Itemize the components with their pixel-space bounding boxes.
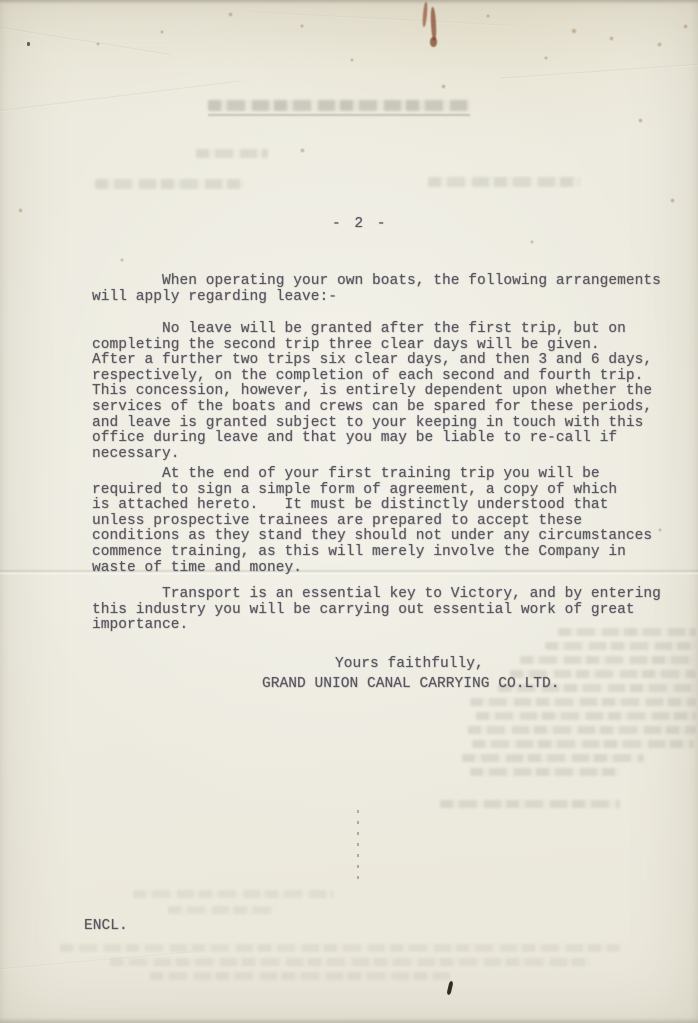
stain-mark (422, 2, 428, 27)
ghost-text-line (168, 906, 276, 914)
foxing-spot (571, 28, 577, 34)
closing-salutation: Yours faithfully, (335, 657, 484, 673)
ghost-text-line (472, 740, 694, 748)
paper-bottom-edge (0, 1018, 698, 1023)
ghost-text-line (440, 800, 620, 808)
paragraph-agreement: At the end of your first training trip y… (92, 467, 652, 576)
foxing-spot (18, 208, 23, 213)
paragraph-leave-terms: No leave will be granted after the first… (92, 322, 652, 462)
foxing-spot (300, 148, 305, 153)
foxing-spot (160, 30, 164, 34)
crease-line (0, 26, 171, 56)
ghost-text-line (133, 890, 333, 898)
foxing-spot (657, 42, 662, 47)
foxing-spot (228, 12, 233, 17)
ghost-text-line (520, 656, 696, 664)
foxing-spot (486, 14, 490, 18)
ghost-text-line (60, 944, 620, 952)
crease-line (0, 81, 239, 113)
foxing-spot (96, 42, 100, 46)
enclosure-notation: ENCL. (84, 919, 128, 935)
ghost-underline (208, 114, 470, 116)
foxing-spot (120, 258, 124, 262)
foxing-spot (544, 56, 548, 60)
paragraph-leave-intro: When operating your own boats, the follo… (92, 274, 661, 305)
foxing-spot (658, 528, 662, 532)
ghost-text-line (468, 726, 696, 734)
paragraph-transport: Transport is an essential key to Victory… (92, 587, 661, 634)
paper-top-edge (0, 0, 698, 4)
ghost-text-line (95, 179, 245, 189)
crease-line (500, 62, 698, 79)
ghost-text-line (208, 100, 470, 111)
stain-mark (430, 37, 437, 47)
foxing-spot (441, 84, 446, 89)
ghost-text-line (196, 149, 268, 158)
closing-company-name: GRAND UNION CANAL CARRYING CO.LTD. (262, 677, 560, 693)
ghost-text-line (545, 642, 696, 650)
foxing-spot (683, 24, 688, 29)
ghost-text-line (428, 177, 580, 187)
ghost-text-line (110, 958, 590, 966)
ghost-text-line (462, 754, 644, 762)
ink-speck (27, 42, 30, 46)
ghost-text-line (470, 768, 620, 776)
foxing-spot (530, 240, 534, 244)
ghost-text-line (150, 972, 450, 980)
foxing-spot (300, 24, 304, 28)
pen-mark (446, 981, 453, 996)
foxing-spot (609, 36, 614, 41)
crease-line (250, 11, 510, 27)
foxing-spot (350, 58, 354, 62)
ghost-text-line (470, 698, 696, 706)
page-number: - 2 - (332, 217, 388, 233)
stain-mark (430, 7, 437, 41)
document-page: - 2 - When operating your own boats, the… (0, 0, 698, 1023)
foxing-spot (638, 118, 643, 123)
ghost-text-line (476, 712, 696, 720)
vertical-fold-mark (357, 810, 359, 882)
foxing-spot (670, 198, 675, 203)
